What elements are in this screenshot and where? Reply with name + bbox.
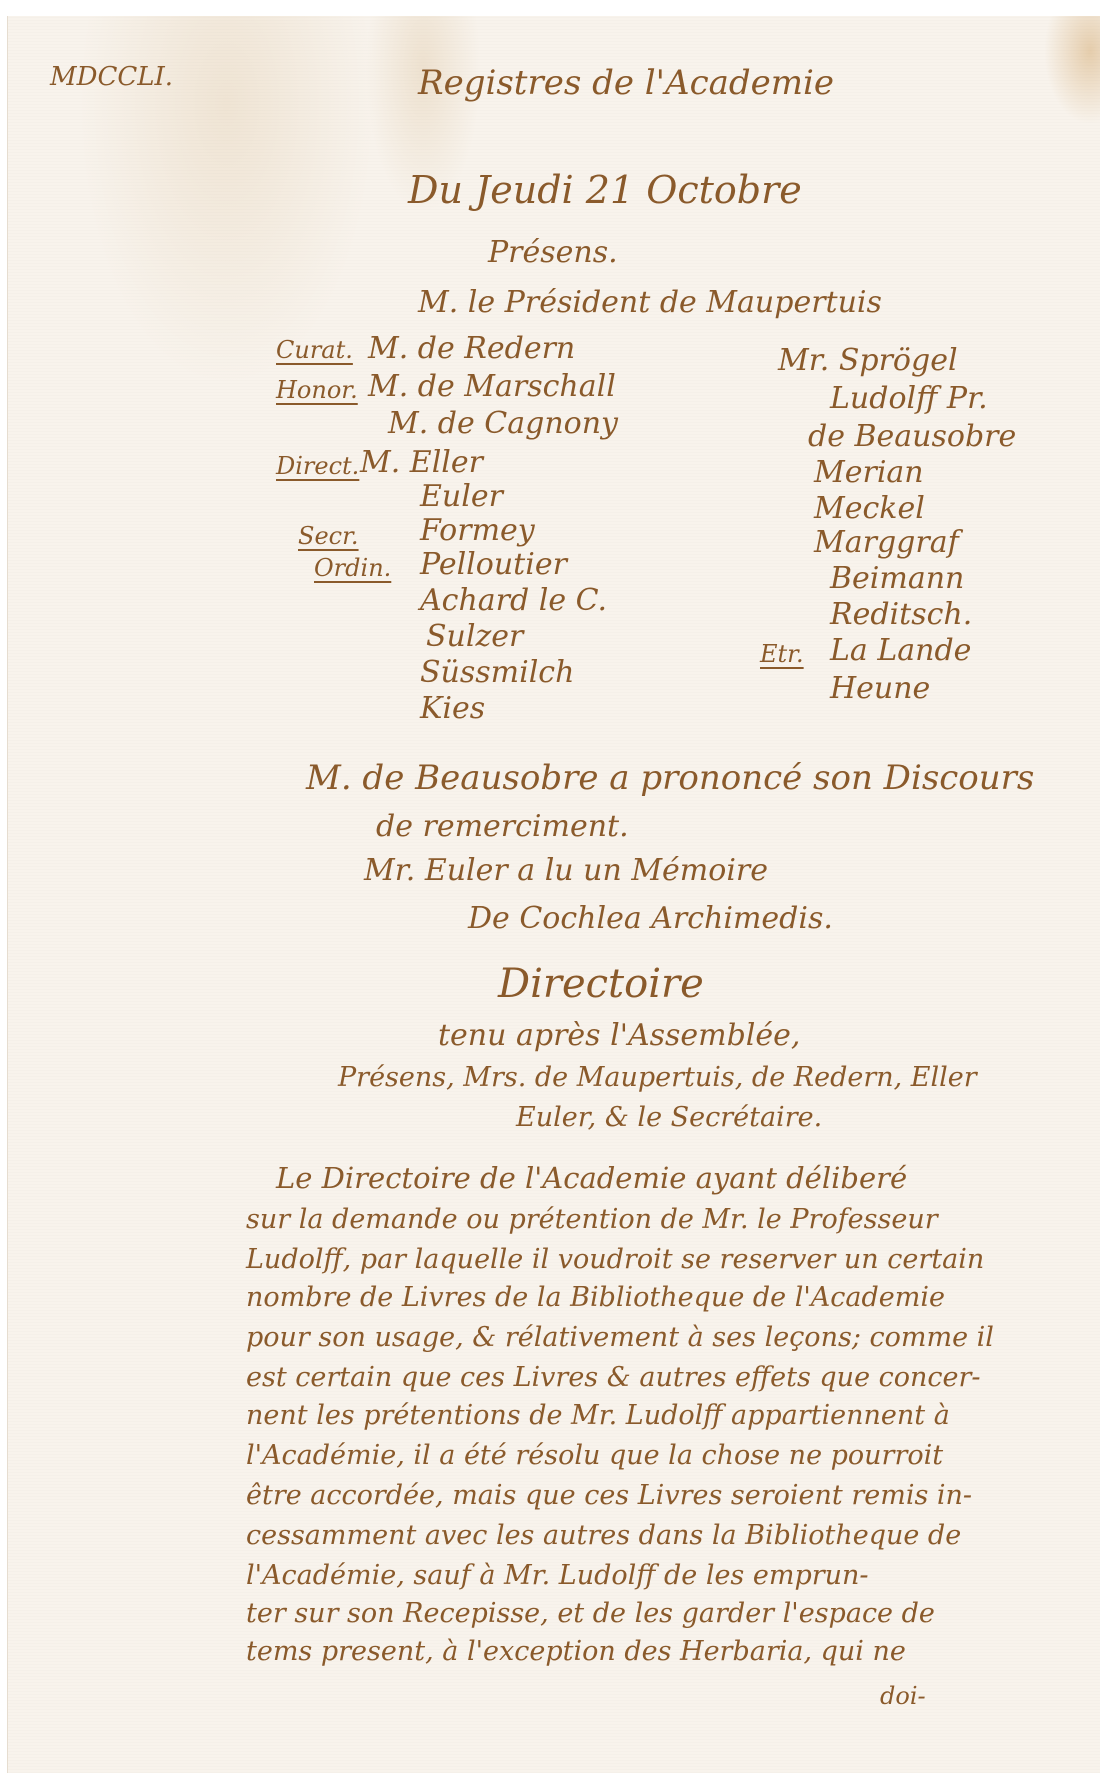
paragraph-line: sur la demande ou prétention de Mr. le P… (246, 1206, 938, 1233)
paragraph-line: Ludolff, par laquelle il voudroit se res… (246, 1246, 984, 1273)
directoire-subheading: tenu après l'Assemblée, (438, 1021, 800, 1051)
role-label: Honor. (276, 378, 358, 402)
paragraph-line: est certain que ces Livres & autres effe… (246, 1364, 981, 1391)
directoire-attendees-line: Euler, & le Secrétaire. (516, 1104, 822, 1131)
attendee-name: Formey (420, 516, 535, 546)
role-label: Direct. (276, 454, 359, 478)
attendee-name: Marggraf (814, 528, 959, 558)
attendee-name: Heune (830, 674, 930, 704)
paragraph-line: cessamment avec les autres dans la Bibli… (246, 1522, 961, 1549)
paragraph-line: l'Académie, sauf à Mr. Ludolff de les em… (246, 1562, 869, 1589)
minute-line: M. de Beausobre a prononcé son Discours (306, 761, 1034, 795)
paragraph-line: Le Directoire de l'Academie ayant délibe… (276, 1164, 907, 1193)
paragraph-line: ter sur son Recepisse, et de les garder … (246, 1600, 935, 1627)
directoire-heading: Directoire (498, 964, 704, 1004)
attendee-name: de Beausobre (808, 422, 1016, 452)
attendee-name: Süssmilch (420, 658, 574, 688)
attendee-name: Beimann (830, 564, 964, 594)
attendee-name: Achard le C. (420, 586, 607, 616)
catchword: doi- (880, 1684, 926, 1708)
paragraph-line: l'Académie, il a été résolu que la chose… (246, 1442, 943, 1469)
attendee-name: Meckel (814, 494, 925, 524)
paragraph-line: pour son usage, & rélativement à ses leç… (246, 1324, 994, 1351)
attendee-name: Ludolff Pr. (830, 384, 988, 414)
role-label: Ordin. (314, 556, 391, 580)
paragraph-line: nombre de Livres de la Bibliotheque de l… (246, 1284, 945, 1311)
attendee-name: Sulzer (426, 622, 523, 652)
attendee-name: M. de Marschall (368, 372, 616, 402)
attendee-name: Reditsch. (830, 600, 972, 630)
attendee-name: M. de Redern (368, 334, 575, 364)
paragraph-line: tems present, à l'exception des Herbaria… (246, 1638, 906, 1665)
attendee-name: Mr. Sprögel (778, 346, 958, 376)
paragraph-line: nent les prétentions de Mr. Ludolff appa… (246, 1402, 950, 1429)
attendee-name: Pelloutier (420, 550, 567, 580)
running-title: Registres de l'Academie (418, 66, 834, 100)
manuscript-page: MDCCLI. Registres de l'Academie Du Jeudi… (7, 16, 1100, 1773)
directoire-attendees-line: Présens, Mrs. de Maupertuis, de Redern, … (338, 1064, 977, 1091)
year-marginal: MDCCLI. (50, 64, 173, 90)
date-heading: Du Jeudi 21 Octobre (408, 171, 802, 209)
president-line: M. le Président de Maupertuis (418, 288, 882, 318)
minute-line: De Cochlea Archimedis. (468, 904, 833, 934)
attendee-name: Euler (420, 482, 503, 512)
attendee-name: Kies (420, 694, 485, 724)
attendee-name: Merian (814, 458, 924, 488)
attendee-name: M. de Cagnony (388, 409, 618, 439)
minute-line: de remerciment. (376, 812, 629, 842)
bleed-through-text (888, 176, 896, 204)
attendee-name: La Lande (830, 636, 971, 666)
minute-line: Mr. Euler a lu un Mémoire (364, 856, 768, 886)
presens-heading: Présens. (488, 238, 618, 268)
paragraph-line: être accordée, mais que ces Livres seroi… (246, 1482, 972, 1509)
role-label: Secr. (298, 524, 359, 548)
role-label: Curat. (276, 338, 353, 362)
attendee-name: M. Eller (360, 448, 483, 478)
role-label: Etr. (760, 642, 804, 666)
